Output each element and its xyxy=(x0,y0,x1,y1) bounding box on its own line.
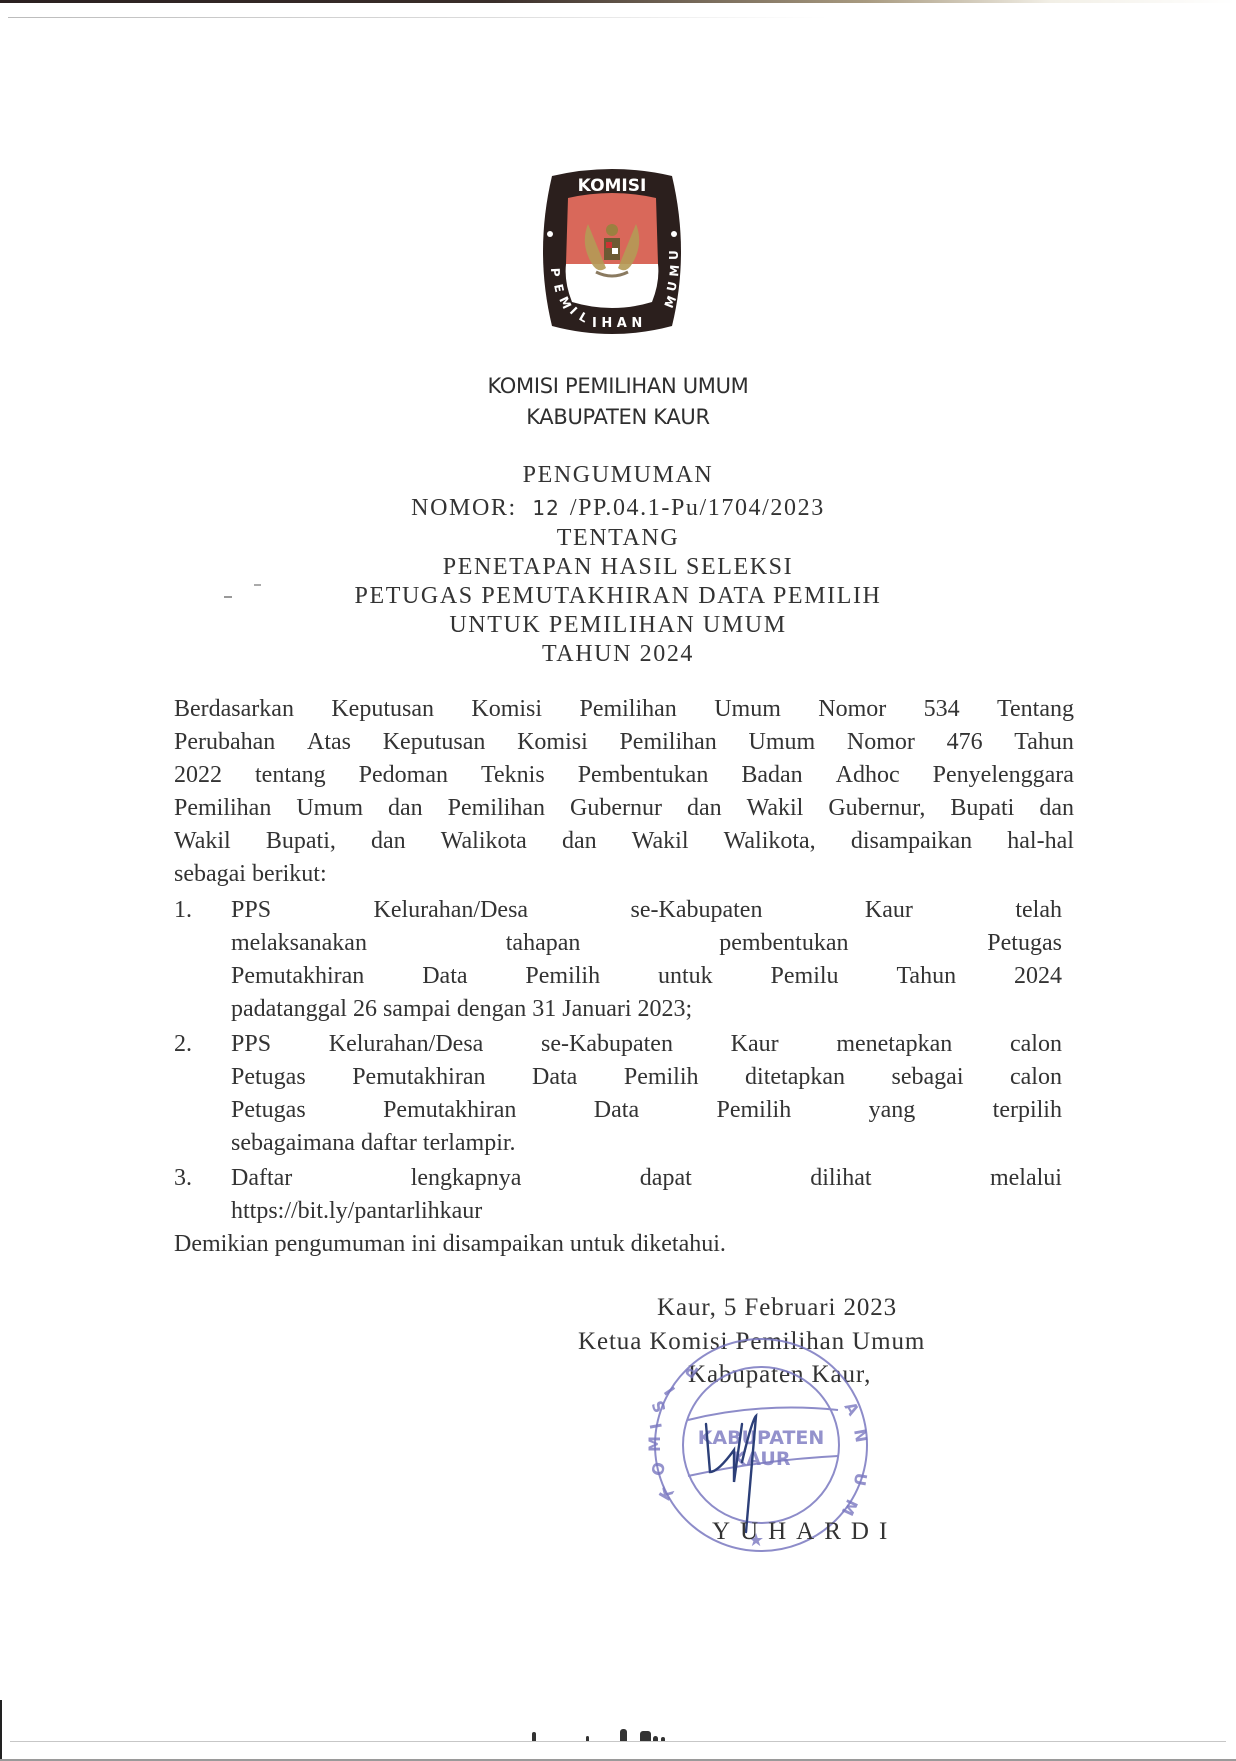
list-item-line: PPSKelurahan/Desase-KabupatenKaurtelah xyxy=(231,897,1062,924)
svg-text:S: S xyxy=(648,1398,670,1415)
list-item-number: 3. xyxy=(174,1165,192,1192)
intro-line: 2022tentangPedomanTeknisPembentukanBadan… xyxy=(174,762,1074,789)
list-item-line: sebagaimana daftar terlampir. xyxy=(231,1130,516,1157)
intro-line: sebagai berikut: xyxy=(174,861,327,888)
list-item-line: https://bit.ly/pantarlihkaur xyxy=(231,1198,482,1225)
list-item-line: PetugasPemutakhiranDataPemilihyangterpil… xyxy=(231,1097,1062,1124)
list-item-number: 1. xyxy=(174,897,192,924)
scan-line-bottom xyxy=(10,1741,1226,1742)
closing-sentence: Demikian pengumuman ini disampaikan untu… xyxy=(174,1231,726,1258)
list-item-line: PemutakhiranDataPemilihuntukPemiluTahun2… xyxy=(231,963,1062,990)
scan-blot xyxy=(640,1731,651,1741)
list-item-number: 2. xyxy=(174,1031,192,1058)
scan-blot xyxy=(586,1736,589,1741)
svg-text:M: M xyxy=(648,1436,664,1452)
intro-line: PerubahanAtasKeputusanKomisiPemilihanUmu… xyxy=(174,729,1074,756)
stamp-center-text: KABUPATEN xyxy=(698,1427,825,1449)
svg-text:K: K xyxy=(655,1483,678,1504)
svg-text:N: N xyxy=(850,1427,871,1443)
announcement-body: BerdasarkanKeputusanKomisiPemilihanUmumN… xyxy=(0,0,1236,1761)
scan-blot xyxy=(620,1729,627,1741)
scan-edge-left xyxy=(0,1700,2,1761)
svg-text:A: A xyxy=(841,1399,864,1420)
intro-line: WakilBupati,danWalikotadanWakilWalikota,… xyxy=(174,828,1074,855)
svg-text:O: O xyxy=(648,1460,669,1478)
list-item-line: melaksanakantahapanpembentukanPetugas xyxy=(231,930,1062,957)
intro-line: BerdasarkanKeputusanKomisiPemilihanUmumN… xyxy=(174,696,1074,723)
intro-line: PemilihanUmumdanPemilihanGubernurdanWaki… xyxy=(174,795,1074,822)
list-item-line: PPSKelurahan/Desase-KabupatenKaurmenetap… xyxy=(231,1031,1062,1058)
list-item-line: Daftarlengkapnyadapatdilihatmelalui xyxy=(231,1165,1062,1192)
signatory-name: YUHARDI xyxy=(712,1518,897,1546)
scan-blot xyxy=(532,1732,536,1741)
list-item-line: padatanggal 26 sampai dengan 31 Januari … xyxy=(231,996,692,1023)
svg-text:U: U xyxy=(850,1471,871,1487)
stamp-center-text: KAUR xyxy=(732,1448,791,1470)
svg-text:I: I xyxy=(660,1383,679,1399)
signature-place-date: Kaur, 5 Februari 2023 xyxy=(657,1294,897,1322)
scan-blot xyxy=(653,1736,658,1741)
scan-blot xyxy=(661,1737,665,1741)
list-item-line: PetugasPemutakhiranDataPemilihditetapkan… xyxy=(231,1064,1062,1091)
